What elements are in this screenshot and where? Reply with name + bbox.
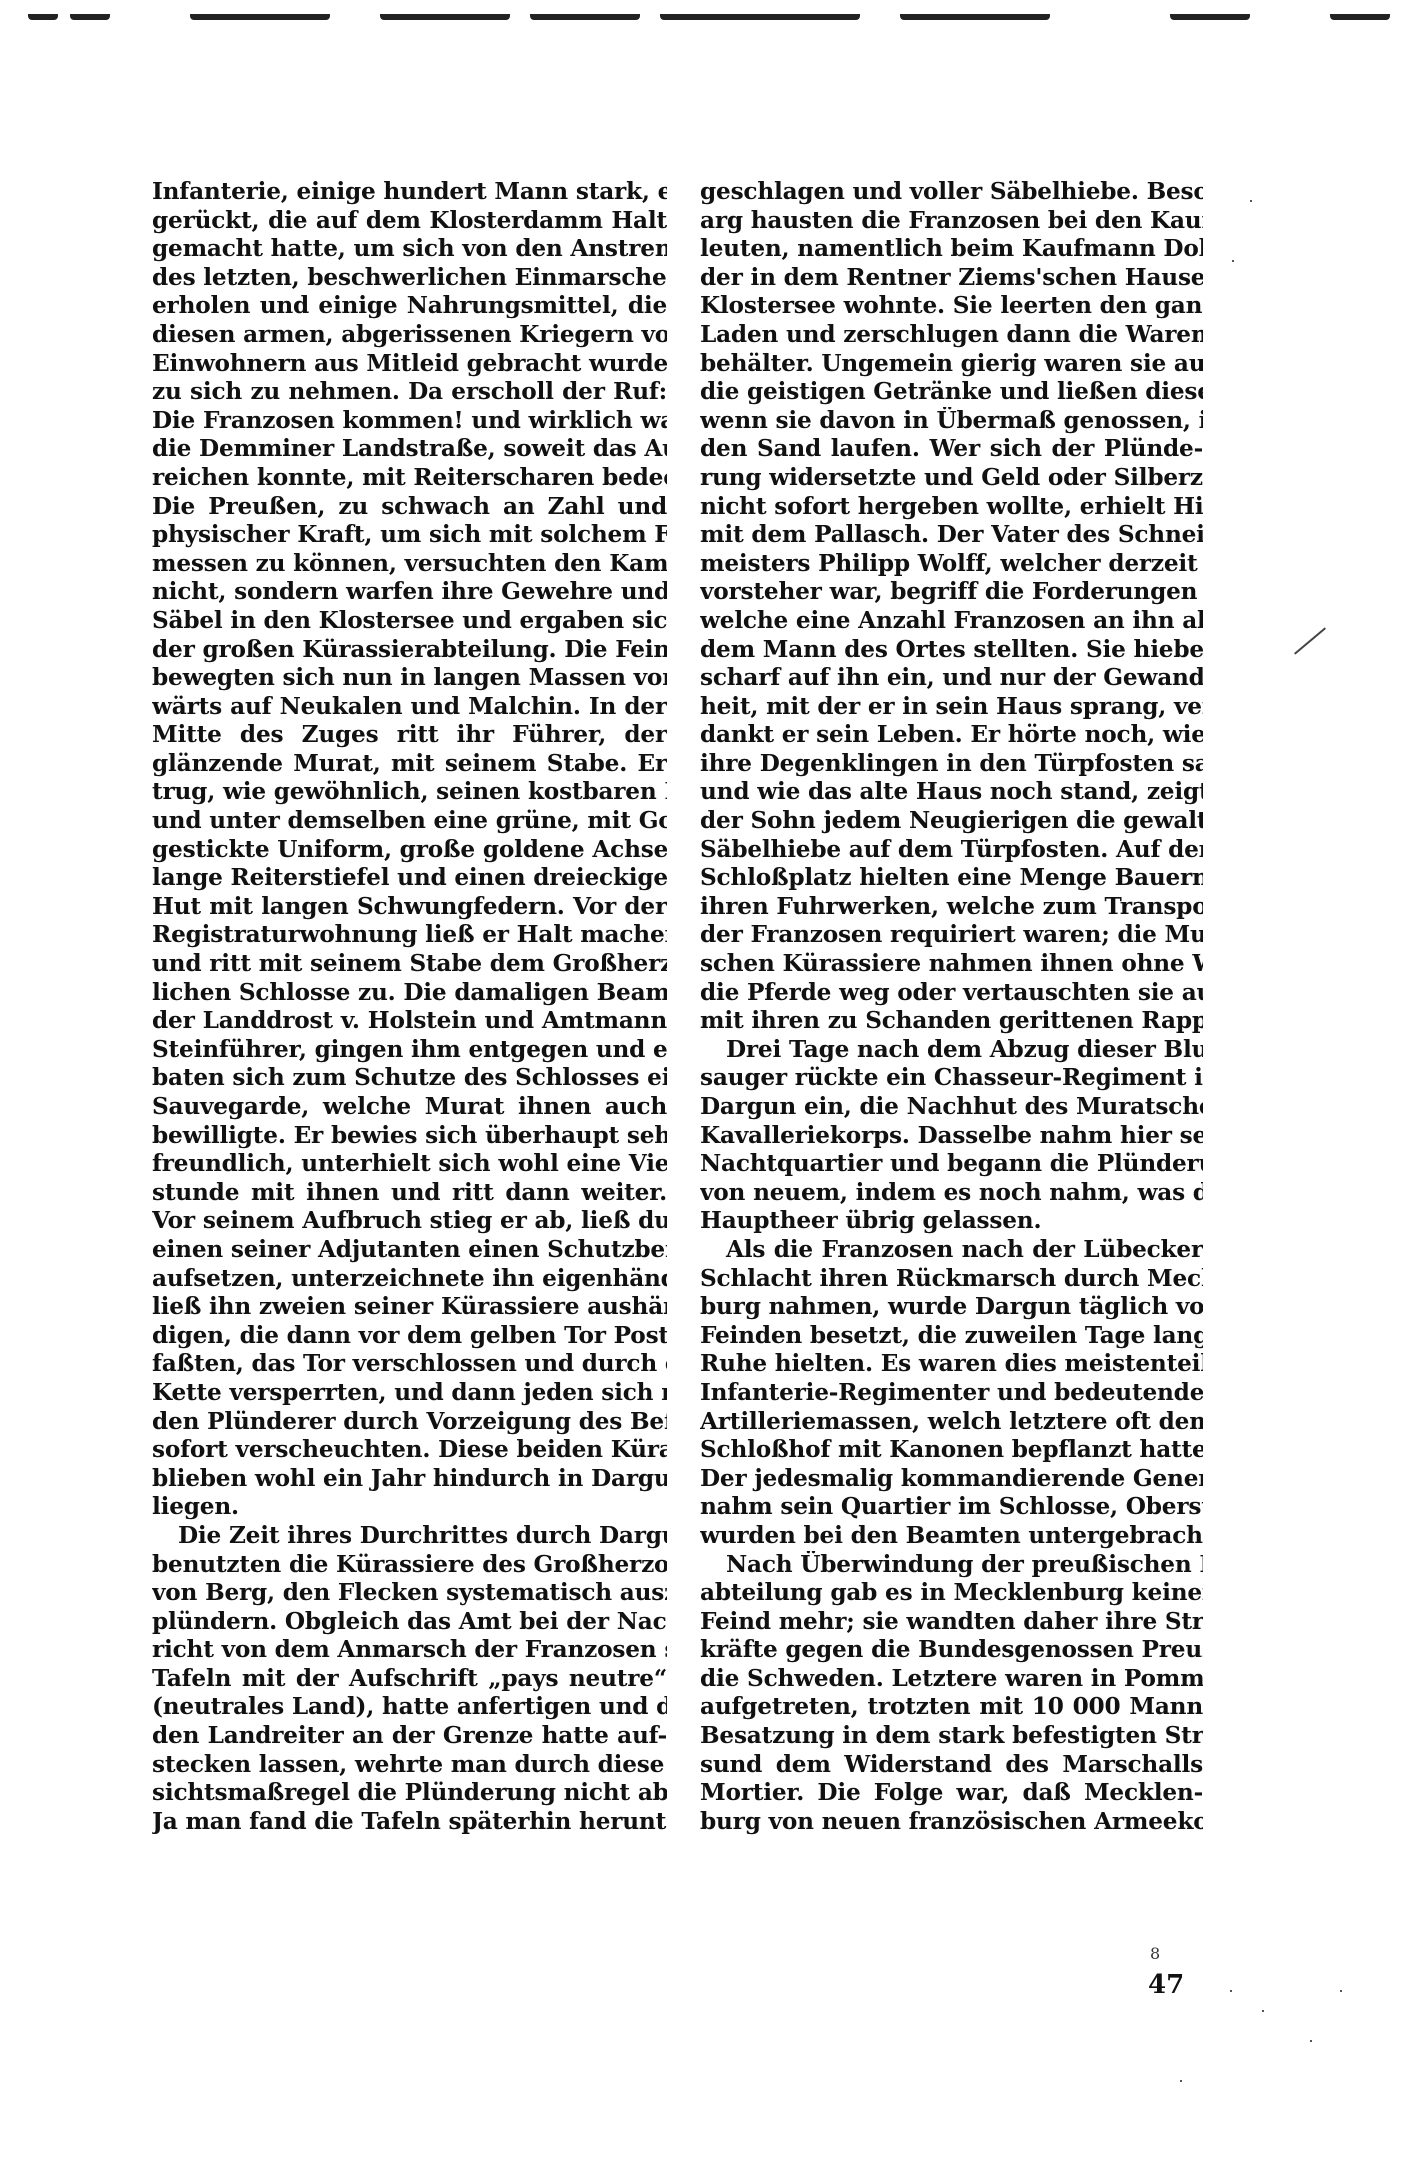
text-line: vorsteher war, begriff die Forderungen n…: [700, 578, 1203, 607]
text-line: meisters Philipp Wolff, welcher derzeit …: [700, 550, 1203, 579]
text-line: die Pferde weg oder vertauschten sie auc…: [700, 979, 1203, 1008]
text-line: Mortier. Die Folge war, daß Mecklen-: [700, 1779, 1203, 1808]
text-line: plündern. Obgleich das Amt bei der Nach-: [152, 1608, 667, 1637]
text-line: Säbel in den Klostersee und ergaben sich: [152, 607, 667, 636]
text-line: Hut mit langen Schwungfedern. Vor der: [152, 893, 667, 922]
text-line: Nach Überwindung der preußischen Heeres-: [700, 1551, 1203, 1580]
text-line: faßten, das Tor verschlossen und durch e…: [152, 1350, 667, 1379]
text-line: diesen armen, abgerissenen Kriegern von …: [152, 321, 667, 350]
scan-speck: [1340, 1990, 1342, 1992]
text-line: behälter. Ungemein gierig waren sie auf: [700, 350, 1203, 379]
text-line: dem Mann des Ortes stellten. Sie hieben: [700, 636, 1203, 665]
text-line: gerückt, die auf dem Klosterdamm Halt: [152, 207, 667, 236]
scan-speck: [1232, 260, 1234, 262]
text-line: gemacht hatte, um sich von den Anstrengu…: [152, 235, 667, 264]
text-line: mit ihren zu Schanden gerittenen Rappen.: [700, 1007, 1203, 1036]
text-line: erholen und einige Nahrungsmittel, die: [152, 292, 667, 321]
text-line: wenn sie davon in Übermaß genossen, in: [700, 407, 1203, 436]
text-line: Der jedesmalig kommandierende General: [700, 1465, 1203, 1494]
text-line: kräfte gegen die Bundesgenossen Preußens…: [700, 1636, 1203, 1665]
text-line: rung widersetzte und Geld oder Silberzeu…: [700, 464, 1203, 493]
text-line: der in dem Rentner Ziems'schen Hause am: [700, 264, 1203, 293]
text-line: Infanterie, einige hundert Mann stark, e…: [152, 178, 667, 207]
text-line: digen, die dann vor dem gelben Tor Poste…: [152, 1322, 667, 1351]
text-line: der Landdrost v. Holstein und Amtmann: [152, 1007, 667, 1036]
scan-speck: [1180, 2080, 1182, 2082]
text-line: nicht sofort hergeben wollte, erhielt Hi…: [700, 493, 1203, 522]
text-line: wärts auf Neukalen und Malchin. In der: [152, 693, 667, 722]
scan-speck: [1230, 1990, 1232, 1992]
text-line: Als die Franzosen nach der Lübecker: [700, 1236, 1203, 1265]
text-line: richt von dem Anmarsch der Franzosen sof…: [152, 1636, 667, 1665]
text-line: Vor seinem Aufbruch stieg er ab, ließ du…: [152, 1207, 667, 1236]
text-line: leuten, namentlich beim Kaufmann Dolberg…: [700, 235, 1203, 264]
text-line: burg nahmen, wurde Dargun täglich von: [700, 1293, 1203, 1322]
text-line: dankt er sein Leben. Er hörte noch, wie: [700, 721, 1203, 750]
text-line: Tafeln mit der Aufschrift „pays neutre“: [152, 1665, 667, 1694]
text-line: Mitte des Zuges ritt ihr Führer, der: [152, 721, 667, 750]
text-line: wurden bei den Beamten untergebracht.: [700, 1522, 1203, 1551]
right-text-column: geschlagen und voller Säbelhiebe. Besond…: [700, 178, 1203, 1836]
text-line: den Landreiter an der Grenze hatte auf-: [152, 1722, 667, 1751]
text-line: von neuem, indem es noch nahm, was das: [700, 1179, 1203, 1208]
text-line: die Schweden. Letztere waren in Pommern: [700, 1665, 1203, 1694]
text-line: bewilligte. Er bewies sich überhaupt seh…: [152, 1122, 667, 1151]
text-line: Die Zeit ihres Durchrittes durch Dargun: [152, 1522, 667, 1551]
text-line: Besatzung in dem stark befestigten Stral…: [700, 1722, 1203, 1751]
text-line: nicht, sondern warfen ihre Gewehre und: [152, 578, 667, 607]
text-line: stecken lassen, wehrte man durch diese V…: [152, 1751, 667, 1780]
text-line: Sauvegarde, welche Murat ihnen auch: [152, 1093, 667, 1122]
scan-top-edge-artifact: [0, 14, 1407, 26]
text-line: der Sohn jedem Neugierigen die gewaltige…: [700, 807, 1203, 836]
text-line: Dargun ein, die Nachhut des Muratschen: [700, 1093, 1203, 1122]
text-line: Laden und zerschlugen dann die Waren-: [700, 321, 1203, 350]
text-line: und unter demselben eine grüne, mit Gold: [152, 807, 667, 836]
text-line: trug, wie gewöhnlich, seinen kostbaren P…: [152, 778, 667, 807]
text-line: arg hausten die Franzosen bei den Kauf-: [700, 207, 1203, 236]
text-line: Feind mehr; sie wandten daher ihre Strei…: [700, 1608, 1203, 1637]
text-line: der großen Kürassierabteilung. Die Feind…: [152, 636, 667, 665]
text-line: aufgetreten, trotzten mit 10 000 Mann: [700, 1693, 1203, 1722]
left-text-column: Infanterie, einige hundert Mann stark, e…: [152, 178, 667, 1836]
text-line: welche eine Anzahl Franzosen an ihn als: [700, 607, 1203, 636]
text-line: sauger rückte ein Chasseur-Regiment in: [700, 1064, 1203, 1093]
text-line: einen seiner Adjutanten einen Schutzbefe…: [152, 1236, 667, 1265]
text-line: Ja man fand die Tafeln späterhin herunte…: [152, 1808, 667, 1837]
text-line: die geistigen Getränke und ließen diesel…: [700, 378, 1203, 407]
text-line: burg von neuen französischen Armeekorps: [700, 1808, 1203, 1837]
text-line: zu sich zu nehmen. Da erscholl der Ruf:: [152, 378, 667, 407]
text-line: sofort verscheuchten. Diese beiden Küras…: [152, 1436, 667, 1465]
text-line: Drei Tage nach dem Abzug dieser Blut-: [700, 1036, 1203, 1065]
text-line: die Demminer Landstraße, soweit das Auge: [152, 435, 667, 464]
text-line: stunde mit ihnen und ritt dann weiter.: [152, 1179, 667, 1208]
text-line: aufsetzen, unterzeichnete ihn eigenhändi…: [152, 1265, 667, 1294]
scan-stroke-artifact: [1294, 627, 1326, 654]
text-line: den Sand laufen. Wer sich der Plünde-: [700, 435, 1203, 464]
text-line: lichen Schlosse zu. Die damaligen Beamte…: [152, 979, 667, 1008]
text-line: Schloßplatz hielten eine Menge Bauern au…: [700, 864, 1203, 893]
text-line: Nachtquartier und begann die Plünderung: [700, 1150, 1203, 1179]
text-line: freundlich, unterhielt sich wohl eine Vi…: [152, 1150, 667, 1179]
text-line: Feinden besetzt, die zuweilen Tage lang …: [700, 1322, 1203, 1351]
text-line: heit, mit der er in sein Haus sprang, ve…: [700, 693, 1203, 722]
marginal-mark: 8: [1150, 1944, 1160, 1963]
text-line: (neutrales Land), hatte anfertigen und d…: [152, 1693, 667, 1722]
text-line: baten sich zum Schutze des Schlosses ein…: [152, 1064, 667, 1093]
text-line: Ruhe hielten. Es waren dies meistenteils: [700, 1350, 1203, 1379]
text-line: reichen konnte, mit Reiterscharen bedeck…: [152, 464, 667, 493]
text-line: Einwohnern aus Mitleid gebracht wurden,: [152, 350, 667, 379]
scan-speck: [1262, 2010, 1264, 2012]
text-line: Kavalleriekorps. Dasselbe nahm hier sein: [700, 1122, 1203, 1151]
text-line: Die Preußen, zu schwach an Zahl und: [152, 493, 667, 522]
text-line: geschlagen und voller Säbelhiebe. Besond…: [700, 178, 1203, 207]
text-line: bewegten sich nun in langen Massen vor-: [152, 664, 667, 693]
text-line: benutzten die Kürassiere des Großherzogs: [152, 1551, 667, 1580]
text-line: Infanterie-Regimenter und bedeutende: [700, 1379, 1203, 1408]
text-line: scharf auf ihn ein, und nur der Gewandt-: [700, 664, 1203, 693]
text-line: Die Franzosen kommen! und wirklich war: [152, 407, 667, 436]
text-line: ließ ihn zweien seiner Kürassiere aushän…: [152, 1293, 667, 1322]
text-line: ihre Degenklingen in den Türpfosten saus…: [700, 750, 1203, 779]
text-line: von Berg, den Flecken systematisch auszu…: [152, 1579, 667, 1608]
scan-speck: [1250, 200, 1252, 202]
text-line: Schloßhof mit Kanonen bepflanzt hatten.: [700, 1436, 1203, 1465]
text-line: abteilung gab es in Mecklenburg keinen: [700, 1579, 1203, 1608]
text-line: mit dem Pallasch. Der Vater des Schneide…: [700, 521, 1203, 550]
text-line: physischer Kraft, um sich mit solchem Fe…: [152, 521, 667, 550]
text-line: gestickte Uniform, große goldene Achsels…: [152, 836, 667, 865]
scan-speck: [1310, 2040, 1312, 2042]
text-line: und ritt mit seinem Stabe dem Großherzog…: [152, 950, 667, 979]
text-line: glänzende Murat, mit seinem Stabe. Er: [152, 750, 667, 779]
text-line: messen zu können, versuchten den Kampf: [152, 550, 667, 579]
text-line: sichtsmaßregel die Plünderung nicht ab.: [152, 1779, 667, 1808]
text-line: nahm sein Quartier im Schlosse, Oberste: [700, 1493, 1203, 1522]
text-line: ihren Fuhrwerken, welche zum Transport: [700, 893, 1203, 922]
text-line: blieben wohl ein Jahr hindurch in Dargun: [152, 1465, 667, 1494]
text-line: Schlacht ihren Rückmarsch durch Mecklen-: [700, 1265, 1203, 1294]
text-line: schen Kürassiere nahmen ihnen ohne Weite…: [700, 950, 1203, 979]
text-line: Artilleriemassen, welch letztere oft den…: [700, 1408, 1203, 1437]
text-line: Kette versperrten, und dann jeden sich n…: [152, 1379, 667, 1408]
text-line: und wie das alte Haus noch stand, zeigte: [700, 778, 1203, 807]
page-number: 47: [1148, 1970, 1184, 2000]
text-line: liegen.: [152, 1493, 667, 1522]
text-line: Säbelhiebe auf dem Türpfosten. Auf dem: [700, 836, 1203, 865]
text-line: Steinführer, gingen ihm entgegen und er-: [152, 1036, 667, 1065]
text-line: den Plünderer durch Vorzeigung des Befeh…: [152, 1408, 667, 1437]
text-line: lange Reiterstiefel und einen dreieckige…: [152, 864, 667, 893]
text-line: Registraturwohnung ließ er Halt machen,: [152, 921, 667, 950]
text-line: Klostersee wohnte. Sie leerten den ganze…: [700, 292, 1203, 321]
text-line: Hauptheer übrig gelassen.: [700, 1207, 1203, 1236]
text-line: sund dem Widerstand des Marschalls: [700, 1751, 1203, 1780]
text-line: des letzten, beschwerlichen Einmarsches …: [152, 264, 667, 293]
text-line: der Franzosen requiriert waren; die Mura…: [700, 921, 1203, 950]
